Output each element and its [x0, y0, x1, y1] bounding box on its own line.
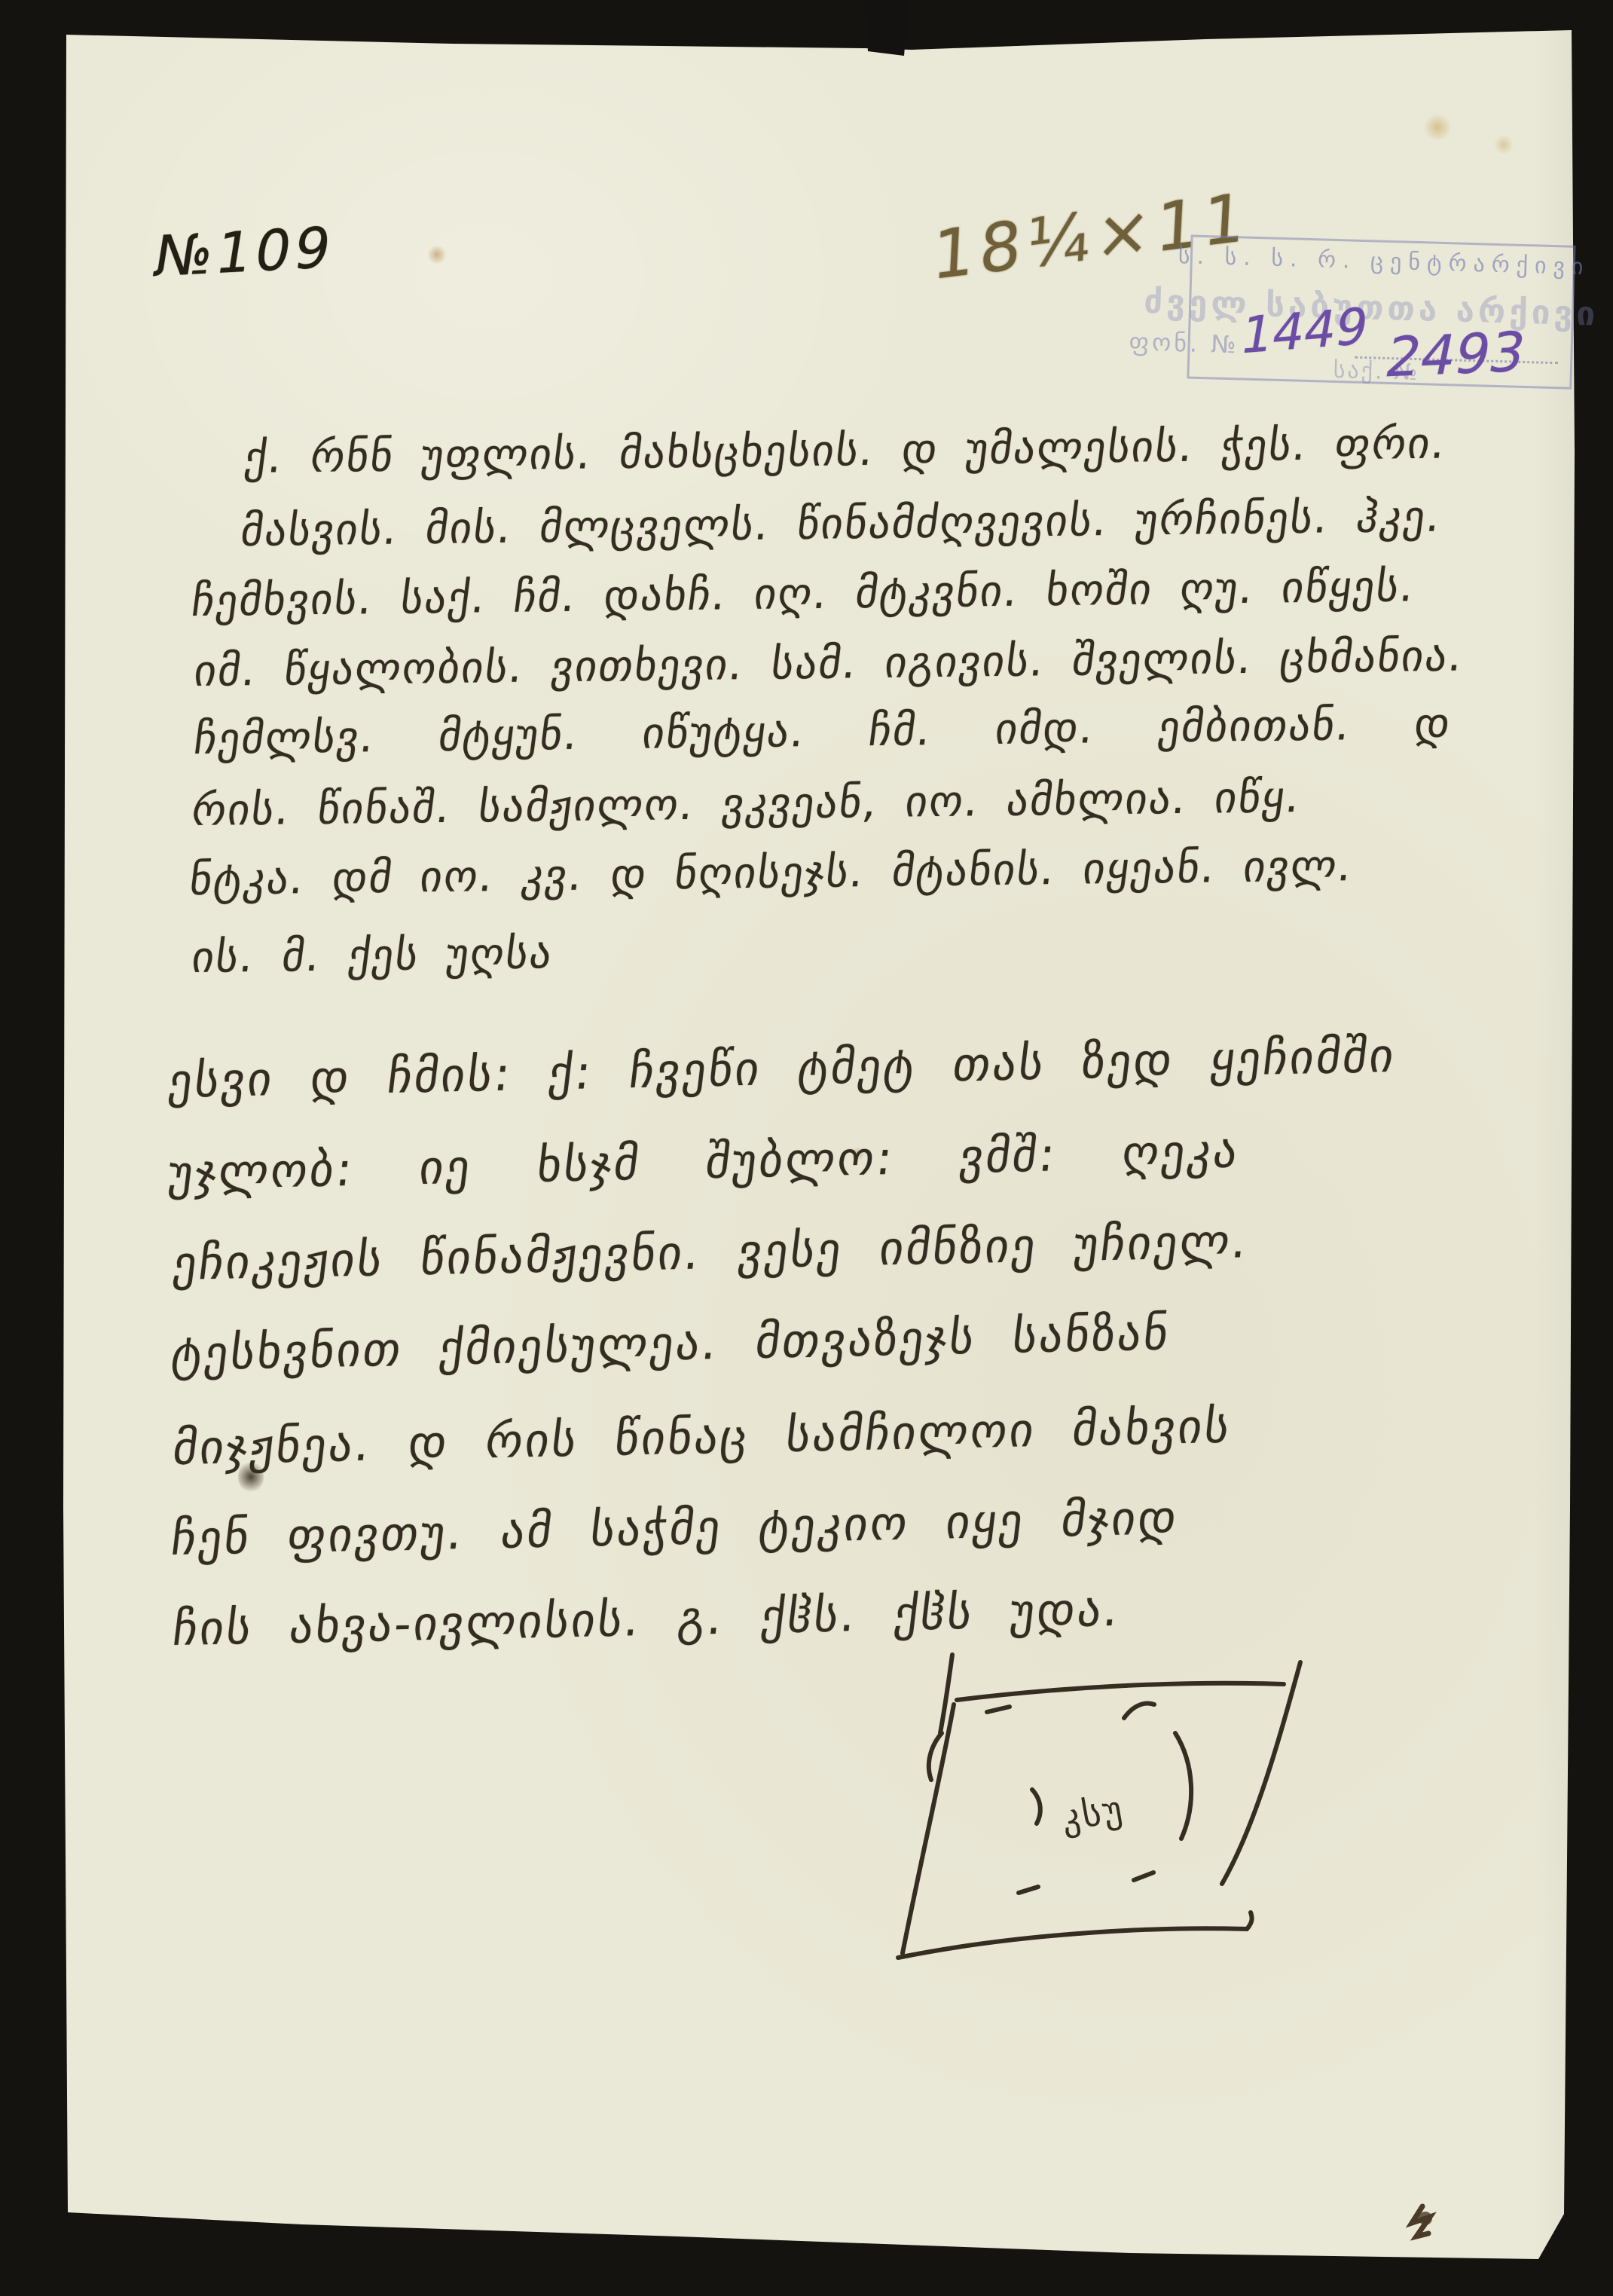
ink-mark-bottom [1386, 2193, 1477, 2276]
seal-inscription: კსუ [1058, 1787, 1127, 1840]
foxing-spot [426, 246, 448, 264]
foxing-spot [1493, 136, 1514, 154]
archive-number: №109 [149, 215, 339, 289]
handwritten-line: ის. მ. ქეს უღსა [189, 928, 556, 983]
stamp-fond-label: ფონ. № [1129, 327, 1239, 359]
seal-box-drawing: კსუ [866, 1613, 1356, 1989]
stamp-case-number: 2493 [1380, 319, 1531, 389]
foxing-spot [1422, 115, 1453, 140]
archive-stamp: ს. ს. ს. რ. ცენტრარქივი ძველ საბუთთა არქ… [1128, 216, 1599, 405]
stamp-fond-number: 1449 [1236, 297, 1373, 365]
scan-background: №109 18¼×11 ს. ს. ს. რ. ცენტრარქივი ძველ… [0, 0, 1613, 2296]
